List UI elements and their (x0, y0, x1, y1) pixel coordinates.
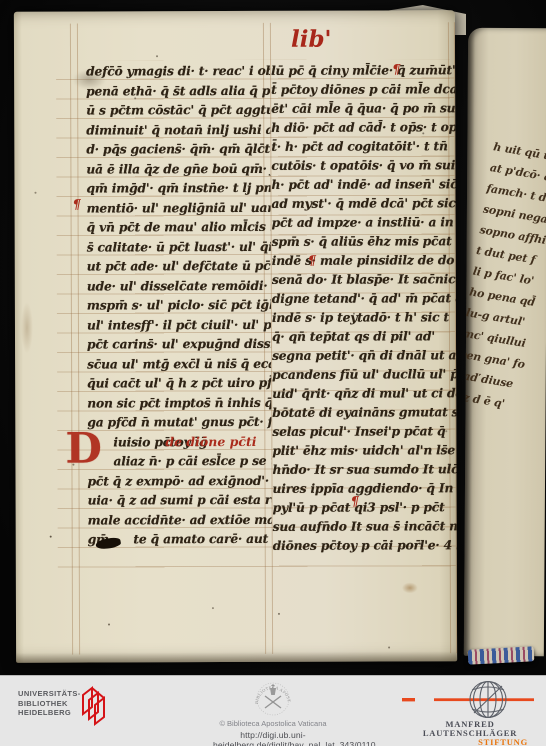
parchment-stain (402, 582, 418, 593)
manuscript-text-line: indē s· ip teytadō· t h' sic t (272, 307, 456, 327)
manuscript-text-line: qm̄ imḡd'· qm̄ instn̄e· t lj pmala (86, 178, 270, 198)
parchment-stain (21, 302, 33, 354)
manuscript-text-line: aliaz n̄· p cāi esl̄ce p se ū h̄· (87, 451, 271, 471)
manuscript-page: lib' defc̄ō ymagis di· t· reac' i obliga… (14, 10, 457, 663)
manuscript-text-line: ad myst'· q̄ mdē dcā' pc̄t sic· (272, 193, 456, 213)
vatican-copyright: © Biblioteca Apostolica Vaticana (213, 719, 333, 728)
heidelberg-library-logo: UNIVERSITÄTS- BIBLIOTHEK HEIDELBERG (18, 689, 81, 718)
heidelberg-books-icon (76, 683, 112, 727)
manuscript-text-line: ga pfc̄d n̄ mutat' gnus pc̄t· fi gta aug… (87, 412, 271, 432)
facing-page-edge: h uit qū ul'at p'dcō· q̄famch· t dsopni … (464, 28, 546, 657)
manuscript-text-line: mspm̄ s· ul' piclo· sic̄ pc̄t iḡhac̄ (87, 295, 271, 315)
manuscript-text-line: male accidn̄te· ad extiōe male huī (88, 509, 272, 529)
manuscript-text-line: uia· q̄ z ad sumi p cāi esta rōe admi (88, 490, 272, 510)
manuscript-text-line: segna petit'· qn̄ di dnāl ut at (272, 345, 456, 365)
manuscript-text-line: pyl'ū p pc̄at qi3 psl'· p pc̄t (273, 497, 457, 517)
manuscript-text-line: diminuit' q̄ notan̄ inlj ushi als· dd· (86, 119, 270, 139)
manuscript-text-line: uires ippīa aggdiendo· q̄ In (272, 478, 456, 498)
manuscript-text-line: senā do· It blasp̄e· It sac̄nica ū (272, 269, 456, 289)
red-paragraph-mark: ¶ (73, 198, 81, 213)
manuscript-text-line: pc̄t q̄ z exmpō· ad exiḡnod'· p exma (87, 470, 271, 490)
manuscript-text-line: uid' q̄rit· qn̄z di mul' ut ci de (272, 383, 456, 403)
text-column-left: defc̄ō ymagis di· t· reac' i obligatō ad… (86, 61, 272, 549)
manuscript-text-line: uā ē illa q̄z de gn̄e boū qm̄· jpnd' (86, 158, 270, 178)
manuscript-text-line: hn̄do· It sr sua sumdo It ulc̄ (272, 459, 456, 479)
manuscript-text-line: digne tetand'· q̄ ad' m̄ pc̄at q̄z (272, 288, 456, 308)
manuscript-text-line: defc̄ō ymagis di· t· reac' i obligatō ad (86, 61, 270, 81)
facing-page-text: h uit qū ul'at p'dcō· q̄famch· t dsopni … (464, 136, 546, 416)
manuscript-text-line: ut pc̄t ade· ul' defc̄tate ū pc̄t (87, 256, 271, 276)
manuscript-text-line: s̄ calitate· ū pc̄t luast'· ul' q̄ialte (87, 236, 271, 256)
manuscript-text-line: mentiō· ul' negliḡniā ul' uana ḡla (87, 197, 271, 217)
manuscript-text-line: plit' ēhz mis· uidch' al'n ls̄e (272, 440, 456, 460)
illuminated-initial: D (65, 430, 102, 466)
footer-bar: UNIVERSITÄTS- BIBLIOTHEK HEIDELBERG BIBL… (0, 675, 546, 746)
library-name-line: BIBLIOTHEK (18, 699, 81, 709)
manuscript-text-line: ude· ul' disselc̄ate remōidi· sic (87, 275, 271, 295)
parchment-speckles (14, 12, 16, 14)
text-column-right: lū pc̄ q̄ ciny ml̄c̄ie· q̄ zum̄ūt't̄ pc̄… (271, 60, 457, 555)
papal-tiara (270, 688, 276, 695)
manuscript-text-line: d· pq̄s gaciens̄· q̄m̄· qm̄ q̄lc̄to in d… (86, 139, 270, 159)
manuscript-text-line: diōnes pc̄toy p cāi por̄l'e· 4 h̄ (273, 535, 457, 555)
red-paragraph-mark: ¶ (351, 495, 359, 510)
manuscript-text-line: sua aufn̄do It sua s̄ incāc̄t nō (273, 516, 457, 536)
library-name-line: UNIVERSITÄTS- (18, 689, 81, 699)
manuscript-text-line: q̄ui cac̄t ul' q̄ h z pc̄t uiro pf̄o q̄ (87, 373, 271, 393)
manuscript-text-line: lū pc̄ q̄ ciny ml̄c̄ie· q̄ zum̄ūt' (271, 60, 455, 80)
manuscript-text-line: non sic pc̄t imptos̄ n̄ inhis q̄ noil'· (87, 392, 271, 412)
running-title: lib' (291, 26, 332, 53)
manuscript-text-line: pc̄t ad impze· a instliū· a in (272, 212, 456, 232)
manuscript-text-line: bōtatē di eyaināns gmutat se (272, 402, 456, 422)
source-url: http://digi.ub.uni-heidelberg.de/diglit/… (213, 730, 333, 746)
manuscript-text-line: q̄ vn̄ pc̄t de mau' alio ml̄cis mus̄ (87, 217, 271, 237)
manuscript-text-line: cutōis· t opatōis· q̄ vo m̄ suit (271, 155, 455, 175)
manuscript-text-line: ēt' cāi ml̄e q̄ q̄ua· q̄ po m̄ suit (271, 98, 455, 118)
manuscript-text-line: pcandens fīū ul' ducllū ul' p̄la (272, 364, 456, 384)
vatican-library-block: BIBLIOTECA APOSTOLICA VATICANA © Bibliot… (213, 678, 333, 746)
manuscript-text-line: h· pc̄t ad' indē· ad insen̄' sic̄ (271, 174, 455, 194)
vatican-seal-icon: BIBLIOTECA APOSTOLICA VATICANA (251, 678, 295, 718)
manuscript-text-line: indē s· male pinsidilz de do (272, 250, 456, 270)
red-paragraph-mark: ¶ (308, 254, 316, 269)
book-endband (468, 646, 535, 664)
red-paragraph-mark: ¶ (392, 62, 400, 77)
globe-icon (372, 678, 538, 720)
rubric-red-text: de diōne pc̄ti (165, 434, 256, 449)
manuscript-text-line: pc̄t carins̄· ul' expuḡnd dissilc̄ate ur (87, 334, 271, 354)
screenshot-root: lib' defc̄ō ymagis di· t· reac' i obliga… (0, 0, 546, 746)
foundation-stiftung-label: STIFTUNG (410, 738, 530, 746)
library-name-line: HEIDELBERG (18, 708, 81, 718)
manuscript-text-line: t̄· h· pc̄t ad cogitatōit'· t tn̄ (271, 136, 455, 156)
manuscript-text-line: t̄ pc̄toy diōnes p cāi ml̄e dca q̄· (271, 79, 455, 99)
manuscript-text-line: spm̄ s· q̄ aliūs ēhz mis pc̄at (272, 231, 456, 251)
manuscript-text-line: selas picul'· Insei'p pc̄at q̄ (272, 421, 456, 441)
manuscript-text-line: q̄· qn̄ tep̄tat qs di pil' ad' (272, 326, 456, 346)
manuscript-text-line: penā ethā· q̄ s̄t adls alia q̄ pc̄t cōnu… (86, 80, 270, 100)
manuscript-text-line: ū s pc̄tm cōstāc' q̄ pc̄t aggtuaf ul' (86, 100, 270, 120)
manuscript-text-line: sc̄ua ul' mtḡ exc̄l ū nis̄ q̄ eca pc̄t (87, 353, 271, 373)
manuscript-photo: lib' defc̄ō ymagis di· t· reac' i obliga… (0, 0, 546, 675)
manuscript-text-line: ul' intesff'· il pc̄t ciuil'· ul' pc̄t i… (87, 314, 271, 334)
manuscript-text-line: h diō· pc̄t ad cād̄· t op̄s· t opḡa (271, 117, 455, 137)
lautenschlaeger-foundation-logo: MANFRED LAUTENSCHLÄGER STIFTUNG (372, 678, 542, 725)
